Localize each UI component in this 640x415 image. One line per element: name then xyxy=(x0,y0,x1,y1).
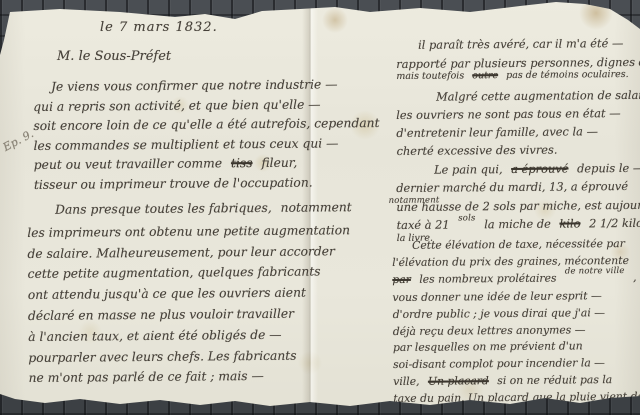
line-text: fileur, xyxy=(261,156,297,170)
manuscript-line: Cette élévation de taxe, nécessitée par xyxy=(392,235,640,254)
manuscript-line: une hausse de 2 sols par miche, est aujo… xyxy=(396,195,640,216)
interlinear-insertion: sols xyxy=(458,209,476,227)
struck-word: Un placard xyxy=(428,374,489,388)
manuscript-line: taxe du pain. Un placard que la pluie vi… xyxy=(393,389,640,408)
salutation: M. le Sous-Préfet xyxy=(57,49,171,64)
manuscript-paper: le 7 mars 1832. M. le Sous-Préfet Ep. 9.… xyxy=(0,0,640,415)
line-text: , et pour xyxy=(633,270,640,283)
right-page-paragraph-3: Le pain qui, a éprouvé depuis le — derni… xyxy=(396,158,640,245)
line-text: notamment xyxy=(281,200,352,215)
manuscript-line: d'entretenir leur famille, avec la — xyxy=(396,122,640,142)
manuscript-line: par lesquelles on me prévient d'un xyxy=(393,338,640,357)
manuscript-line: vous donner une idée de leur esprit — xyxy=(392,287,640,306)
struck-word: a éprouvé xyxy=(511,161,568,175)
interlinear-insertion: de notre ville xyxy=(565,263,625,280)
line-text: les nombreux prolétaires xyxy=(419,271,556,285)
line-text: pas de témoins oculaires. xyxy=(506,69,629,81)
manuscript-line: Malgré cette augmentation de salaires, xyxy=(396,86,640,106)
line-text: mais toutefois xyxy=(396,70,464,82)
manuscript-line: ne m'ont pas parlé de ce fait ; mais — xyxy=(28,365,441,389)
manuscript-line: déjà reçu deux lettres anonymes — xyxy=(393,321,640,340)
line-text: la miche de xyxy=(484,217,551,232)
left-page-paragraph-2: Dans presque toutes les fabriques, notam… xyxy=(27,196,441,389)
line-text: peut ou veut travailler comme xyxy=(34,157,222,173)
struck-word: tiss xyxy=(231,156,253,170)
manuscript-line: Dans presque toutes les fabriques, notam… xyxy=(27,196,440,222)
manuscript-line: Le pain qui, a éprouvé depuis le — xyxy=(396,158,640,179)
line-text: Dans presque toutes les fabriques, xyxy=(55,201,272,217)
manuscript-line: soit encore loin de ce qu'elle a été aut… xyxy=(33,114,379,137)
struck-word: outre xyxy=(472,70,498,81)
line-text: si on ne réduit pas la xyxy=(497,373,612,387)
manuscript-line: tisseur ou imprimeur trouve de l'occupat… xyxy=(34,173,380,196)
struck-word: kilo xyxy=(559,216,580,230)
struck-word: par xyxy=(392,273,411,286)
manuscript-line: par les nombreux prolétaires de notre vi… xyxy=(392,269,640,289)
manuscript-line: ville, Un placard si on ne réduit pas la xyxy=(393,372,640,391)
right-page-paragraph-1: il paraît très avéré, car il m'a été — r… xyxy=(396,34,640,83)
manuscript-line: il paraît très avéré, car il m'a été — xyxy=(396,34,640,55)
manuscript-line: mais toutefois outre pas de témoins ocul… xyxy=(396,68,640,83)
right-page-paragraph-4: Cette élévation de taxe, nécessitée par … xyxy=(392,235,640,408)
manuscript-line: dernier marché du mardi, 13, a éprouvé xyxy=(396,176,640,197)
line-text: taxé à 21 xyxy=(396,217,449,231)
manuscript-line: soi-disant complot pour incendier la — xyxy=(393,355,640,374)
manuscript-line: cherté excessive des vivres. xyxy=(396,140,640,160)
manuscript-line: d'ordre public ; je vous dirai que j'ai … xyxy=(393,304,640,323)
line-text: ville, xyxy=(393,375,419,388)
line-text: Le pain qui, xyxy=(434,162,503,177)
manuscript-photo: le 7 mars 1832. M. le Sous-Préfet Ep. 9.… xyxy=(0,0,640,415)
date-line: le 7 mars 1832. xyxy=(100,20,218,35)
manuscript-line: taxé à 21 sols la miche de kilo 2 1/2 ki… xyxy=(396,213,640,236)
manuscript-line: les ouvriers ne sont pas tous en état — xyxy=(396,104,640,124)
line-text: 2 1/2 kilo soit 4 1/2 sols xyxy=(589,215,640,230)
right-page-paragraph-2: Malgré cette augmentation de salaires, l… xyxy=(396,86,640,160)
manuscript-line: les commandes se multiplient et tous ceu… xyxy=(34,134,380,157)
manuscript-line: Je viens vous confirmer que notre indust… xyxy=(33,75,379,98)
left-page-paragraph-1: Je viens vous confirmer que notre indust… xyxy=(33,75,380,196)
line-text: depuis le — xyxy=(577,161,640,176)
margin-note: Ep. 9. xyxy=(1,127,36,154)
